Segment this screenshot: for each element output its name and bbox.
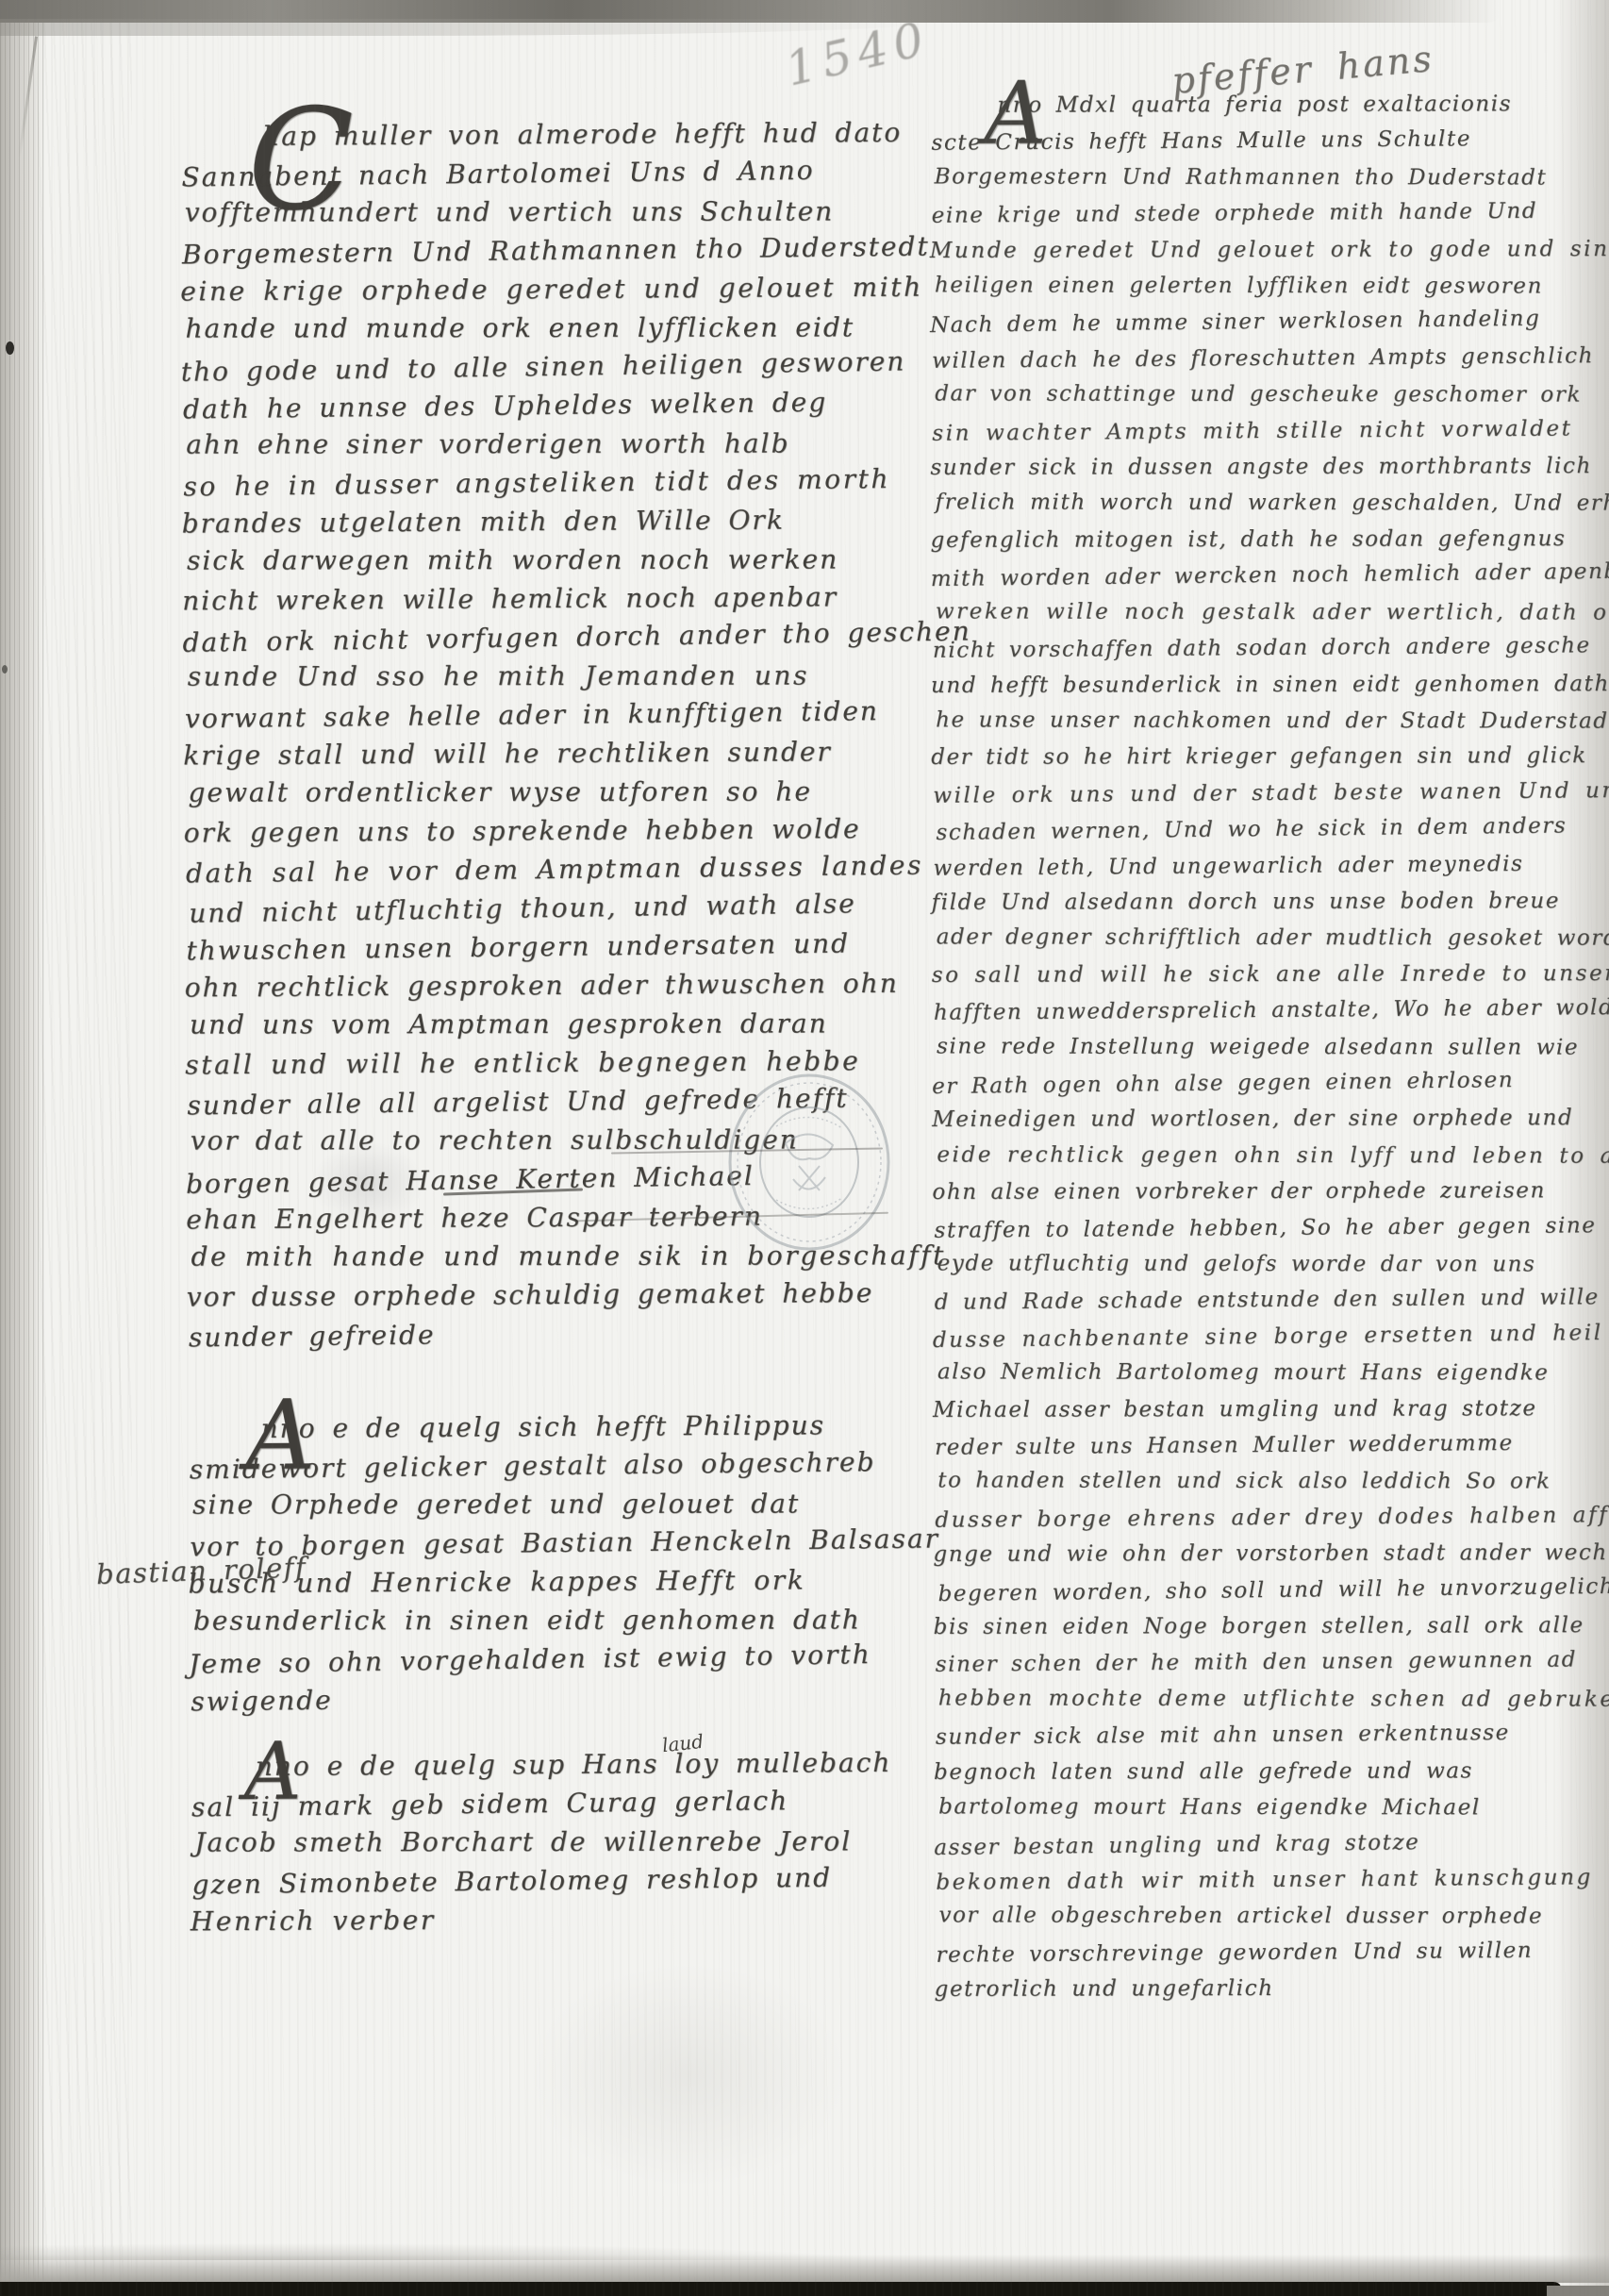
manuscript-line: Nach dem he umme siner werklosen handeli… bbox=[930, 300, 1600, 343]
page-top-edge-shadow bbox=[0, 19, 924, 36]
manuscript-line: besunderlick in sinen eidt genhomen dath bbox=[193, 1600, 929, 1639]
manuscript-line: vor alle obgeschreben artickel dusser or… bbox=[938, 1898, 1603, 1936]
manuscript-line: smidewort gelicker gestalt also obgeschr… bbox=[190, 1442, 930, 1489]
manuscript-line: eine krige orphede geredet und gelouet m… bbox=[180, 268, 921, 311]
manuscript-line: hebben mochte deme utflichte schen ad ge… bbox=[938, 1680, 1603, 1718]
ink-speck bbox=[2, 665, 8, 674]
manuscript-line: dusse nachbenante sine borge ersetten un… bbox=[933, 1315, 1602, 1358]
manuscript-line: scte Crucis hefft Hans Mulle uns Schulte bbox=[931, 121, 1601, 162]
manuscript-line: mith worden ader wercken noch hemlich ad… bbox=[930, 554, 1600, 597]
manuscript-line: swigende bbox=[191, 1674, 931, 1722]
manuscript-line: thwuschen unsen borgern undersaten und bbox=[186, 923, 926, 971]
manuscript-line: straffen to latende hebben, So he aber g… bbox=[934, 1207, 1603, 1249]
manuscript-paragraph: Anno e de quelg sup Hans loy mullebachsa… bbox=[190, 1743, 931, 1941]
manuscript-line: Michael asser bestan umgling und krag st… bbox=[933, 1390, 1602, 1428]
manuscript-line: wreken wille noch gestalk ader wertlich,… bbox=[936, 593, 1601, 631]
manuscript-line: heiligen einen gelerten lyffliken eidt g… bbox=[935, 267, 1600, 305]
manuscript-line: Sannabent nach Bartolomei Uns d Anno bbox=[181, 150, 921, 197]
manuscript-line: Anno e de quelg sup Hans loy mullebach bbox=[190, 1743, 930, 1787]
manuscript-line: Borgemestern Und Rathmannen tho Dudersta… bbox=[935, 158, 1600, 196]
manuscript-paragraph: Anno e de quelg sich hefft Philippussmid… bbox=[187, 1406, 929, 1720]
manuscript-line: dath he unnse des Upheldes welken deg bbox=[183, 382, 923, 429]
manuscript-line: vofftemhundert und vertich uns Schulten bbox=[185, 191, 921, 231]
manuscript-line: ader degner schrifftlich ader mudtlich g… bbox=[937, 920, 1601, 957]
manuscript-line: Chap muller von almerode hefft hud dato bbox=[179, 113, 920, 157]
round-seal-icon bbox=[720, 1068, 899, 1256]
manuscript-line: also Nemlich Bartolomeg mourt Hans eigen… bbox=[937, 1355, 1602, 1392]
manuscript-line: sine Orphede geredet und gelouet dat bbox=[192, 1484, 928, 1523]
manuscript-line: schaden wernen, Und wo he sick in dem an… bbox=[936, 807, 1601, 851]
manuscript-line: Meinedigen und wortlosen, der sine orphe… bbox=[932, 1100, 1601, 1138]
ink-speck bbox=[6, 341, 14, 355]
left-text-column: Chap muller von almerode hefft hud datoS… bbox=[179, 113, 931, 1941]
manuscript-line: busch und Henricke kappes Hefft ork bbox=[188, 1560, 928, 1604]
manuscript-line: willen dach he des floreschutten Ampts g… bbox=[932, 338, 1601, 379]
manuscript-line: begnoch laten sund alle gefrede und was bbox=[934, 1753, 1603, 1790]
manuscript-line: sick darwegen mith worden noch werken bbox=[187, 540, 922, 579]
manuscript-line: eide rechtlick gegen ohn sin lyff und le… bbox=[937, 1137, 1601, 1174]
manuscript-paragraph: Anno Mdxl quarta feria post exaltacionis… bbox=[929, 86, 1603, 2007]
manuscript-line: gefenglich mitogen ist, dath he sodan ge… bbox=[931, 521, 1601, 558]
manuscript-line: dar von schattinge und gescheuke geschom… bbox=[935, 376, 1600, 414]
manuscript-line: ohn alse einen vorbreker der orphede zur… bbox=[932, 1173, 1601, 1210]
manuscript-line: gzen Simonbete Bartolomeg reshlop und bbox=[191, 1857, 932, 1905]
manuscript-line: sine rede Instellung weigede alsedann su… bbox=[937, 1028, 1601, 1066]
manuscript-line: eine krige und stede orphede mith hande … bbox=[932, 192, 1601, 234]
manuscript-line: vorwant sake helle ader in kunfftigen ti… bbox=[185, 691, 925, 739]
manuscript-line: der tidt so he hirt krieger gefangen sin… bbox=[931, 738, 1601, 775]
manuscript-line: bis sinen eiden Noge borgen stellen, sal… bbox=[934, 1607, 1603, 1645]
manuscript-line: getrorlich und ungefarlich bbox=[935, 1970, 1604, 2007]
paper-smudge bbox=[528, 1962, 849, 2188]
manuscript-line: Anno Mdxl quarta feria post exaltacionis bbox=[929, 86, 1599, 124]
manuscript-line: Munde geredet Und gelouet ork to gode un… bbox=[930, 231, 1600, 269]
manuscript-line: filde Und alsedann dorch uns unse boden … bbox=[932, 883, 1601, 921]
manuscript-line: bartolomeg mourt Hans eigendke Michael bbox=[938, 1789, 1603, 1826]
manuscript-line: to handen stellen und sick also leddich … bbox=[937, 1463, 1602, 1501]
manuscript-line: rechte vorschrevinge geworden Und su wil… bbox=[936, 1932, 1605, 1973]
manuscript-line: nicht vorschaffen dath sodan dorch ander… bbox=[933, 627, 1602, 669]
manuscript-line: ahn ehne siner vorderigen worth halb bbox=[186, 424, 921, 463]
manuscript-line: so sall und will he sick ane alle Inrede… bbox=[932, 956, 1601, 993]
manuscript-line: gewalt ordentlicker wyse utforen so he bbox=[188, 772, 923, 811]
manuscript-line: dusser borge ehrens ader drey dodes halb… bbox=[935, 1497, 1604, 1539]
manuscript-line: krige stall und will he rechtliken sunde… bbox=[183, 732, 923, 775]
manuscript-line: d und Rade schade entstunde den sullen u… bbox=[935, 1280, 1604, 1322]
manuscript-line: werden leth, Und ungewarlich ader meyned… bbox=[933, 845, 1602, 887]
manuscript-line: ohn rechtlick gesproken ader thwuschen o… bbox=[185, 964, 925, 1007]
manuscript-line: siner schen der he mith den unsen gewunn… bbox=[936, 1642, 1605, 1684]
manuscript-line: vor to borgen gesat Bastian Henckeln Bal… bbox=[190, 1520, 930, 1567]
right-text-column: Anno Mdxl quarta feria post exaltacionis… bbox=[929, 86, 1603, 2007]
manuscript-line: sal iij mark geb sidem Curag gerlach bbox=[191, 1780, 932, 1827]
underlying-leaves-edge bbox=[0, 2254, 1609, 2283]
manuscript-line: he unse unser nachkomen und der Stadt Du… bbox=[936, 702, 1601, 740]
manuscript-line: gnge und wie ohn der vorstorben stadt an… bbox=[933, 1535, 1602, 1572]
manuscript-line: begeren worden, sho soll und will he unv… bbox=[937, 1569, 1602, 1612]
manuscript-line: brandes utgelaten mith den Wille Ork bbox=[182, 500, 922, 543]
manuscript-line: sunder gefreide bbox=[189, 1310, 929, 1357]
manuscript-line: sunder sick alse mit ahn unsen erkentnus… bbox=[936, 1714, 1605, 1755]
manuscript-line: und hefft besunderlick in sinen eidt gen… bbox=[931, 666, 1601, 704]
manuscript-line: frelich mith worch und warken geschalden… bbox=[935, 485, 1600, 523]
manuscript-line: asser bestan ungling und krag stotze bbox=[934, 1822, 1603, 1865]
page-bottom-edge bbox=[0, 2282, 1561, 2296]
manuscript-page: 1540 pfeffer hans bastian roleff laud Ch… bbox=[0, 0, 1609, 2296]
manuscript-line: sunder sick in dussen angste des morthbr… bbox=[930, 448, 1600, 486]
manuscript-line: er Rath ogen ohn alse gegen einen ehrlos… bbox=[932, 1061, 1601, 1105]
manuscript-line: bekomen dath wir mith unser hant kunschg… bbox=[936, 1859, 1605, 1901]
manuscript-line: Borgemestern Und Rathmannen tho Duderste… bbox=[182, 227, 922, 275]
manuscript-line: so he in dusser angsteliken tidt des mor… bbox=[183, 459, 923, 507]
manuscript-line: sin wachter Ampts mith stille nicht vorw… bbox=[932, 410, 1601, 452]
manuscript-line: sunde Und sso he mith Jemanden uns bbox=[188, 656, 923, 695]
manuscript-line: vor dusse orphede schuldig gemaket hebbe bbox=[187, 1273, 927, 1317]
manuscript-line: ork gegen uns to sprekende hebben wolde bbox=[184, 809, 924, 853]
manuscript-line: Henrich verber bbox=[191, 1898, 931, 1941]
manuscript-line: hafften unweddersprelich anstalte, Wo he… bbox=[934, 990, 1603, 1031]
manuscript-line: und uns vom Amptman gesproken daran bbox=[190, 1004, 925, 1043]
manuscript-line: hande und munde ork enen lyfflicken eidt bbox=[185, 308, 921, 347]
manuscript-line: dath ork nicht vorfugen dorch ander tho … bbox=[182, 612, 923, 662]
manuscript-line: Jacob smeth Borchart de willenrebe Jerol bbox=[194, 1822, 930, 1861]
page-bottom-edge-fade bbox=[1547, 2286, 1609, 2296]
manuscript-line: Anno e de quelg sich hefft Philippus bbox=[187, 1406, 927, 1449]
manuscript-line: eyde utfluchtig und gelofs worde dar von… bbox=[937, 1245, 1602, 1283]
manuscript-line: reder sulte uns Hansen Muller wedderumme bbox=[935, 1424, 1604, 1466]
